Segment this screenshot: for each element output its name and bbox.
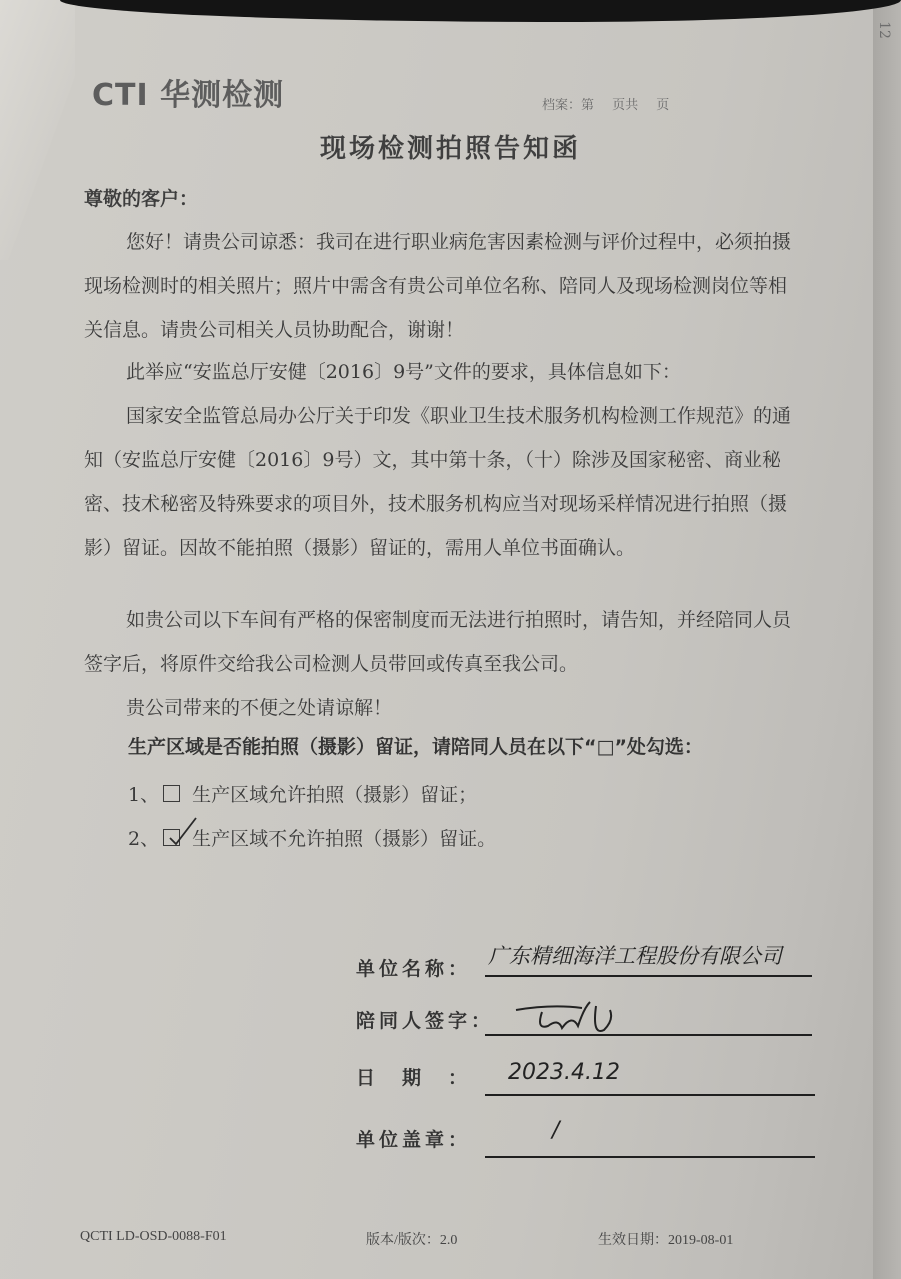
paper-edge-right	[873, 0, 901, 1279]
unit-name-label: 单位名称：	[356, 954, 471, 981]
document-title: 现场检测拍照告知函	[0, 128, 901, 165]
paragraph-apology: 贵公司带来的不便之处请谅解！	[84, 686, 800, 730]
seal-underline	[485, 1156, 815, 1158]
page-marker: 12	[876, 21, 892, 39]
unit-name-value: 广东精细海洋工程股份有限公司	[488, 940, 782, 970]
seal-label: 单位盖章：	[356, 1125, 471, 1152]
signature-underline	[485, 1034, 812, 1036]
seal-value: /	[552, 1118, 559, 1143]
paragraph-regulation-detail: 国家安全监管总局办公厅关于印发《职业卫生技术服务机构检测工作规范》的通知（安监总…	[84, 394, 800, 570]
option-number: 1、	[128, 780, 159, 807]
option-label: 生产区域不允许拍照（摄影）留证。	[192, 824, 496, 851]
option-number: 2、	[128, 824, 159, 851]
option-label: 生产区域允许拍照（摄影）留证；	[192, 780, 477, 807]
option-allow[interactable]: 1、 生产区域允许拍照（摄影）留证；	[128, 780, 477, 807]
checkmark-icon	[168, 816, 198, 846]
footer-doc-code: QCTI LD-OSD-0088-F01	[80, 1229, 227, 1245]
photo-permission-question: 生产区域是否能拍照（摄影）留证，请陪同人员在以下“□”处勾选：	[128, 732, 703, 759]
date-label: 日 期 ：	[356, 1063, 471, 1090]
date-underline	[485, 1094, 815, 1096]
paragraph-confidential: 如贵公司以下车间有严格的保密制度而无法进行拍照时，请告知，并经陪同人员签字后，将…	[84, 598, 800, 686]
footer-version: 版本/版次：2.0	[366, 1229, 457, 1249]
footer-effective-date: 生效日期：2019-08-01	[598, 1229, 733, 1249]
archive-page-label: 档案：第 页共 页	[542, 94, 669, 113]
date-value: 2023.4.12	[508, 1060, 620, 1085]
option-disallow[interactable]: 2、 生产区域不允许拍照（摄影）留证。	[128, 824, 496, 851]
company-logo: CTI 华测检测	[92, 70, 284, 114]
paragraph-regulation-ref: 此举应“安监总厅安健〔2016〕9号”文件的要求，具体信息如下：	[84, 350, 800, 394]
greeting: 尊敬的客户：	[84, 178, 804, 221]
signature-label: 陪同人签字：	[356, 1006, 494, 1033]
unit-name-underline	[485, 975, 812, 977]
paragraph-intro: 您好！请贵公司谅悉：我司在进行职业病危害因素检测与评价过程中，必须拍摄现场检测时…	[84, 220, 800, 352]
checkbox-disallow[interactable]	[163, 829, 180, 846]
checkbox-allow[interactable]	[163, 785, 180, 802]
